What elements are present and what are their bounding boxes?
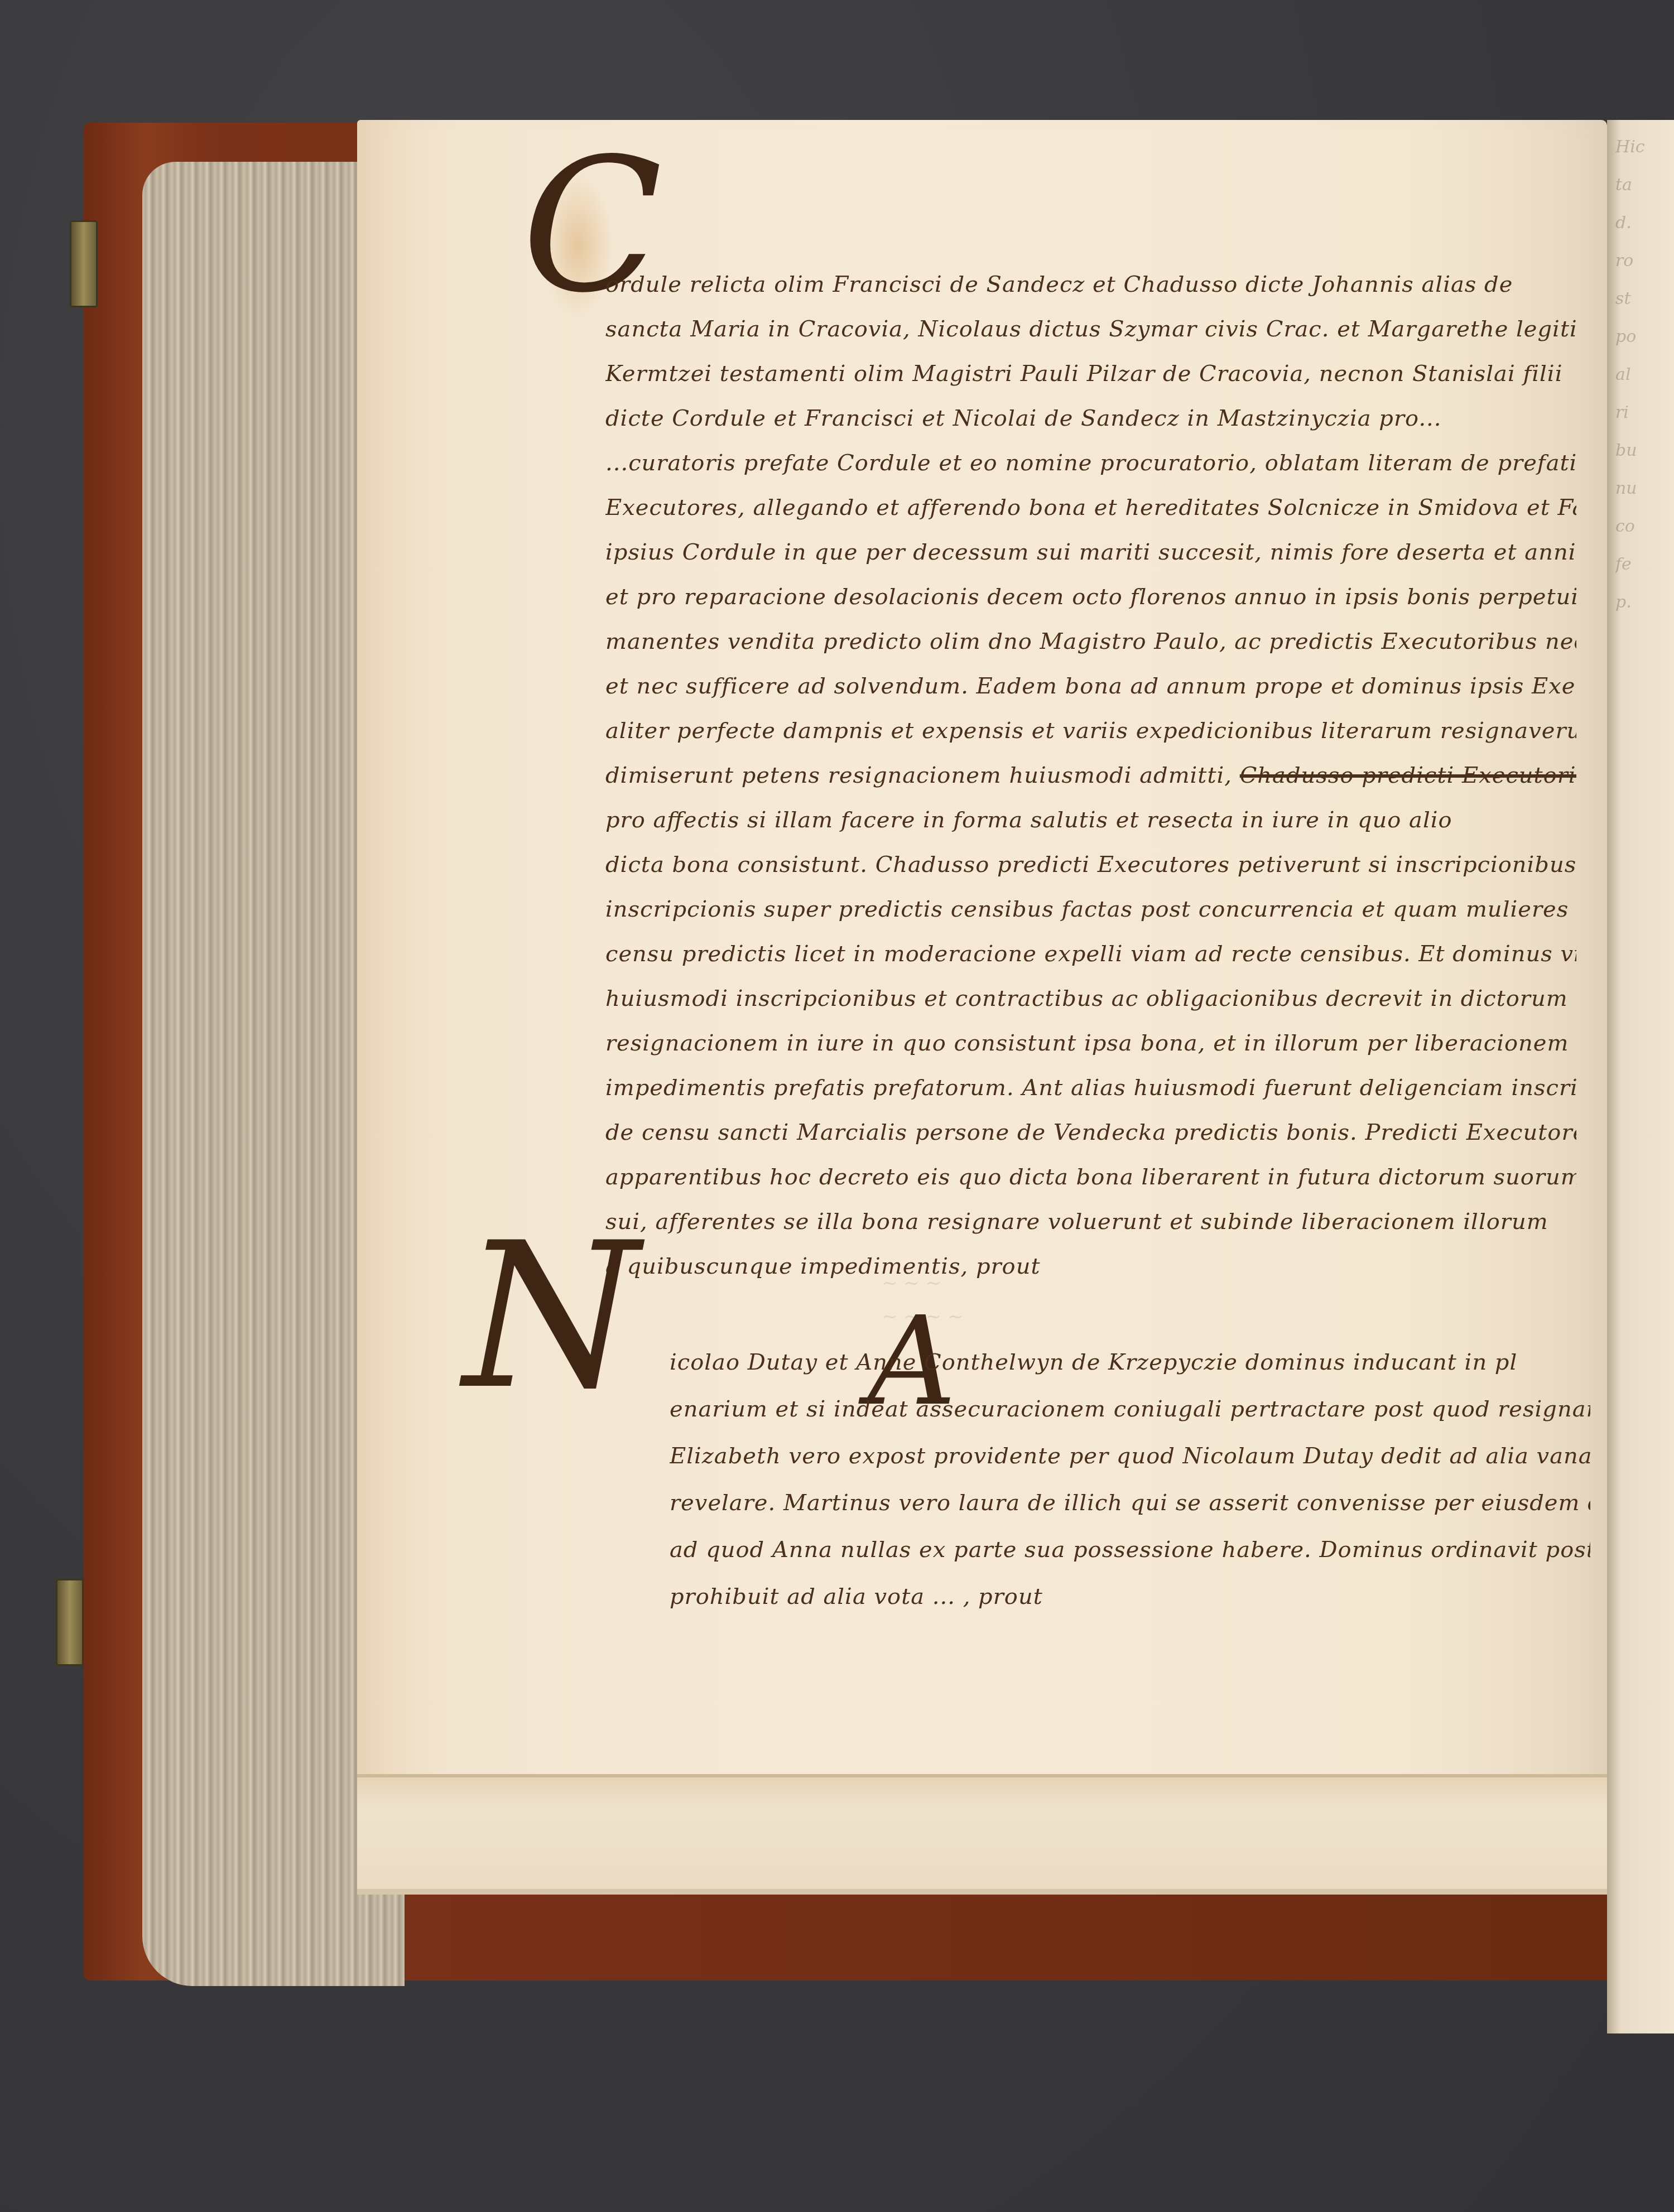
entry-1-line: huiusmodi inscripcionibus et contractibu…: [605, 976, 1576, 1021]
entry-1-line: impedimentis prefatis prefatorum. Ant al…: [605, 1066, 1576, 1110]
entry-1-line: dicte Cordule et Francisci et Nicolai de…: [605, 396, 1576, 441]
facing-page-marginalia: Hictad.rostpoalribunucofep.: [1615, 128, 1671, 1802]
entry-1-line: de censu sancti Marcialis persone de Ven…: [605, 1110, 1576, 1155]
entry-1-text: ordule relicta olim Francisci de Sandecz…: [605, 262, 1576, 1289]
entry-2-line: ad quod Anna nullas ex parte sua possess…: [670, 1526, 1590, 1573]
entry-2-line: revelare. Martinus vero laura de illich …: [670, 1480, 1590, 1526]
entry-1-line: aliter perfecte dampnis et expensis et v…: [605, 709, 1576, 753]
entry-1-line: apparentibus hoc decreto eis quo dicta b…: [605, 1155, 1576, 1199]
entry-1-line: censu predictis licet in moderacione exp…: [605, 932, 1576, 976]
brass-clasp-bottom: [56, 1579, 84, 1666]
brass-clasp-top: [70, 220, 98, 307]
entry-1-line: manentes vendita predicto olim dno Magis…: [605, 619, 1576, 664]
entry-1-line: resignacionem in iure in quo consistunt …: [605, 1021, 1576, 1066]
entry-1-line: sancta Maria in Cracovia, Nicolaus dictu…: [605, 307, 1576, 351]
page-lower-fold: [357, 1774, 1607, 1895]
entry-2-line: prohibuit ad alia vota ... , prout: [670, 1573, 1590, 1620]
entry-1-line: a quibuscunque impedimentis, prout: [605, 1244, 1576, 1289]
entry-2-text: icolao Dutay et Anne Conthelwyn de Krzep…: [670, 1339, 1590, 1620]
entry-1-line: Executores, allegando et afferendo bona …: [605, 485, 1576, 530]
entry-1-line: et nec sufficere ad solvendum. Eadem bon…: [605, 664, 1576, 709]
line-text: dimiserunt petens resignacionem huiusmod…: [605, 763, 1232, 788]
struck-text: Chadusso predicti Executoribus de: [1240, 763, 1576, 788]
entry-1-line: inscripcionis super predictis censibus f…: [605, 887, 1576, 932]
entry-1-line: dicta bona consistunt. Chadusso predicti…: [605, 842, 1576, 887]
entry-2-line: Elizabeth vero expost providente per quo…: [670, 1433, 1590, 1480]
entry-1-line: ordule relicta olim Francisci de Sandecz…: [605, 262, 1576, 307]
decorated-initial-n: N: [463, 1216, 639, 1417]
entry-1-line: ...curatoris prefate Cordule et eo nomin…: [605, 441, 1576, 485]
entry-1-line: pro aﬀectis si illam facere in forma sal…: [605, 798, 1576, 842]
entry-1-line-with-strikethrough: dimiserunt petens resignacionem huiusmod…: [605, 753, 1576, 798]
entry-1-line: sui, afferentes se illa bona resignare v…: [605, 1199, 1576, 1244]
entry-1-line: et pro reparacione desolacionis decem oc…: [605, 575, 1576, 619]
entry-2-line: icolao Dutay et Anne Conthelwyn de Krzep…: [670, 1339, 1590, 1386]
entry-2-line: enarium et si indeat assecuracionem coni…: [670, 1386, 1590, 1433]
entry-1-line: Kermtzei testamenti olim Magistri Pauli …: [605, 351, 1576, 396]
entry-1-line: ipsius Cordule in que per decessum sui m…: [605, 530, 1576, 575]
